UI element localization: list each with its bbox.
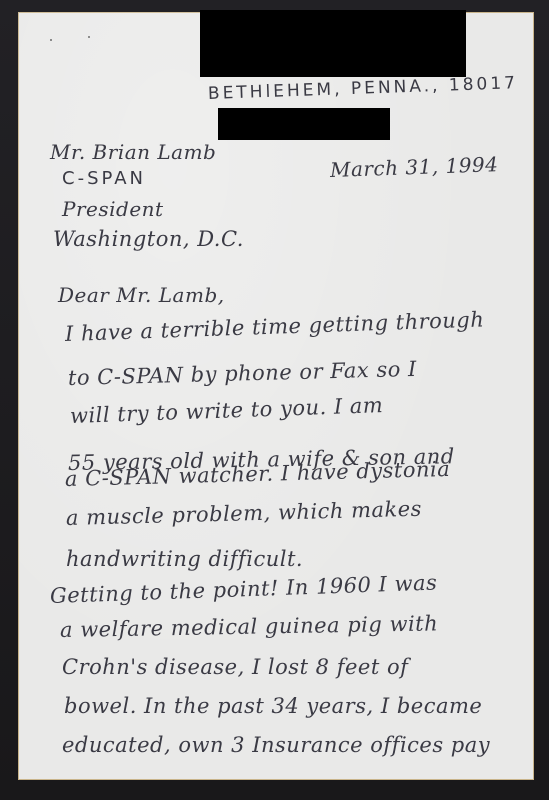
recipient-city: Washington, D.C. <box>53 227 244 251</box>
recipient-name: Mr. Brian Lamb <box>50 140 216 164</box>
body-line: Crohn's disease, I lost 8 feet of <box>62 655 408 679</box>
body-line: handwriting difficult. <box>66 547 303 571</box>
recipient-organization: C-SPAN <box>62 168 146 189</box>
address-line-redaction <box>218 108 390 140</box>
paper-speck <box>50 39 52 41</box>
top-header-redaction <box>200 10 466 77</box>
body-line: bowel. In the past 34 years, I became <box>64 694 482 718</box>
salutation: Dear Mr. Lamb, <box>58 283 225 307</box>
recipient-title: President <box>62 197 164 221</box>
body-line: educated, own 3 Insurance offices pay <box>62 733 490 757</box>
paper-speck <box>88 36 90 38</box>
